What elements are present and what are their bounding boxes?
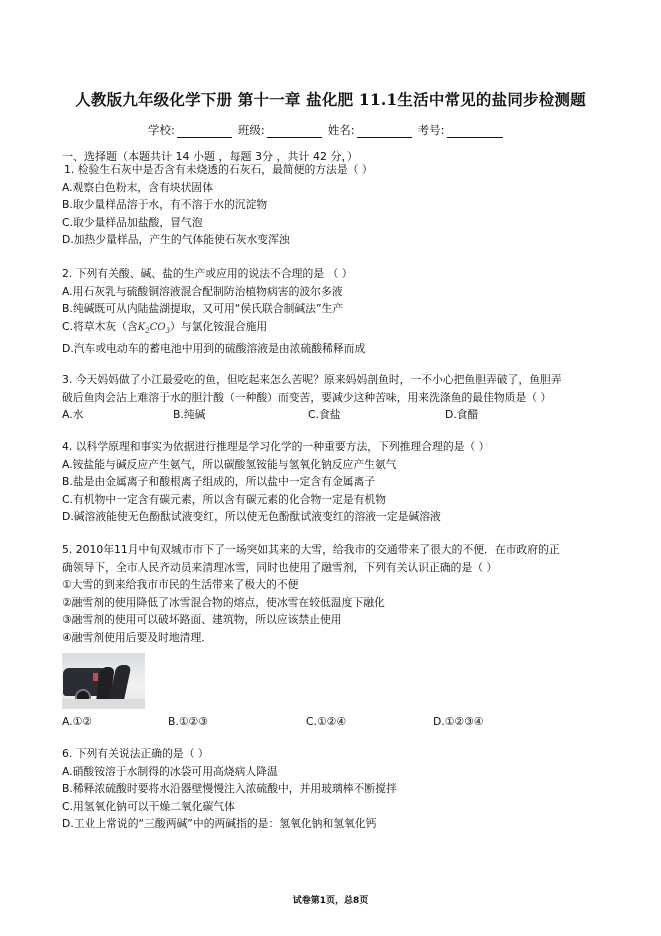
people-pushing-car-in-snow-photo [62,653,145,709]
question-stem: 4. 以科学原理和事实为依据进行推理是学习化学的一种重要方法，下列推理合理的是（… [62,438,489,456]
option-b: B.稀释浓硫酸时要将水沿器壁慢慢注入浓硫酸中，并用玻璃棒不断搅拌 [62,780,397,798]
option-c: C.将草木灰（含K2CO3）与氯化铵混合施用 [62,318,365,341]
option-d: D.汽车或电动车的蓄电池中用到的硫酸溶液是由浓硫酸稀释而成 [62,340,365,358]
question-stem-line-1: 3. 今天妈妈做了小江最爱吃的鱼，但吃起来怎么苦呢？原来妈妈剖鱼时，一不小心把鱼… [62,371,562,389]
option-a: A.用石灰乳与硫酸铜溶液混合配制防治植物病害的波尔多液 [62,283,365,301]
option-a: A.水 [62,406,173,424]
statement-2: ②融雪剂的使用降低了冰雪混合物的熔点，使冰雪在较低温度下融化 [62,594,560,612]
car-taillight [93,673,98,681]
question-stem-line-1: 5. 2010年11月中旬双城市市下了一场突如其来的大雪，给我市的交通带来了很大… [62,541,560,559]
option-d: D.工业上常说的“三酸两碱”中的两碱指的是：氢氧化钠和氢氧化钙 [62,815,397,833]
option-a: A.硝酸铵溶于水制得的冰袋可用高烧病人降温 [62,763,397,781]
exam-page: 人教版九年级化学下册 第十一章 盐化肥 11.1生活中常见的盐同步检测题 学校:… [0,0,661,936]
school-field[interactable]: 学校: [148,122,232,138]
option-c-text-after: ）与氯化铵混合施用 [170,320,267,333]
option-d: D.食醋 [445,406,478,424]
question-stem: 6. 下列有关说法正确的是（ ） [62,745,397,763]
page-footer: 试卷第1页，总8页 [0,893,661,906]
question-5-options: A.①② B.①②③ C.①②④ D.①②③④ [62,713,483,731]
question-6: 6. 下列有关说法正确的是（ ） A.硝酸铵溶于水制得的冰袋可用高烧病人降温 B… [62,745,397,833]
formula-co: CO [150,322,166,333]
question-stem: 2. 下列有关酸、碱、盐的生产或应用的说法不合理的是 （ ） [62,265,365,283]
question-5: 5. 2010年11月中旬双城市市下了一场突如其来的大雪，给我市的交通带来了很大… [62,541,560,647]
statement-3: ③融雪剂的使用可以破坏路面、建筑物，所以应该禁止使用 [62,611,560,629]
class-label: 班级: [238,122,265,138]
document-title: 人教版九年级化学下册 第十一章 盐化肥 11.1生活中常见的盐同步检测题 [0,88,661,110]
school-blank[interactable] [177,125,232,138]
question-stem: 1. 检验生石灰中是否含有未烧透的石灰石，最简便的方法是（ ） [62,161,373,179]
statement-4: ④融雪剂使用后要及时地清理． [62,629,560,647]
question-stem-line-2: 破后鱼肉会沾上难溶于水的胆汁酸（一种酸）而变苦，要减少这种苦味，用来洗涤鱼的最佳… [62,389,562,407]
option-a: A.①② [62,713,168,731]
question-3: 3. 今天妈妈做了小江最爱吃的鱼，但吃起来怎么苦呢？原来妈妈剖鱼时，一不小心把鱼… [62,371,562,424]
option-a: A.观察白色粉末，含有块状固体 [62,179,373,197]
name-blank[interactable] [357,125,412,138]
option-d: D.①②③④ [433,713,483,731]
class-blank[interactable] [267,125,322,138]
snow-ground [62,699,145,709]
statement-1: ①大雪的到来给我市市民的生活带来了极大的不便 [62,576,560,594]
question-4: 4. 以科学原理和事实为依据进行推理是学习化学的一种重要方法，下列推理合理的是（… [62,438,489,526]
option-b: B.纯碱 [173,406,308,424]
option-c: C.食盐 [308,406,445,424]
question-1: 1. 检验生石灰中是否含有未烧透的石灰石，最简便的方法是（ ） A.观察白色粉末… [62,161,373,249]
options-row: A.水 B.纯碱 C.食盐 D.食醋 [62,406,562,424]
question-stem-line-2: 确领导下，全市人民齐动员来清理冰雪，同时也使用了融雪剂，下列有关认识正确的是（ … [62,559,560,577]
option-c: C.取少量样品加盐酸，冒气泡 [62,214,373,232]
name-label: 姓名: [328,122,355,138]
exam-number-label: 考号: [418,122,445,138]
exam-number-blank[interactable] [447,125,503,138]
option-b: B.盐是由金属离子和酸根离子组成的，所以盐中一定含有金属离子 [62,473,489,491]
question-2: 2. 下列有关酸、碱、盐的生产或应用的说法不合理的是 （ ） A.用石灰乳与硫酸… [62,265,365,358]
chemical-formula-k2co3: K2CO3 [138,322,170,333]
option-b: B.纯碱既可从内陆盐湖提取，又可用“侯氏联合制碱法”生产 [62,300,365,318]
school-label: 学校: [148,122,175,138]
option-b: B.①②③ [168,713,306,731]
options-row: A.①② B.①②③ C.①②④ D.①②③④ [62,713,483,731]
option-c-text-before: C.将草木灰（含 [62,320,138,333]
exam-number-field[interactable]: 考号: [418,122,503,138]
class-field[interactable]: 班级: [238,122,322,138]
option-d: D.碱溶液能使无色酚酞试液变红，所以使无色酚酞试液变红的溶液一定是碱溶液 [62,508,489,526]
option-c: C.用氢氧化钠可以干燥二氧化碳气体 [62,798,397,816]
option-a: A.铵盐能与碱反应产生氨气，所以碳酸氢铵能与氢氧化钠反应产生氨气 [62,456,489,474]
option-c: C.有机物中一定含有碳元素，所以含有碳元素的化合物一定是有机物 [62,491,489,509]
student-info-row: 学校: 班级: 姓名: 考号: [148,122,509,138]
option-c: C.①②④ [306,713,433,731]
name-field[interactable]: 姓名: [328,122,412,138]
option-d: D.加热少量样品，产生的气体能使石灰水变浑浊 [62,231,373,249]
option-b: B.取少量样品溶于水，有不溶于水的沉淀物 [62,196,373,214]
